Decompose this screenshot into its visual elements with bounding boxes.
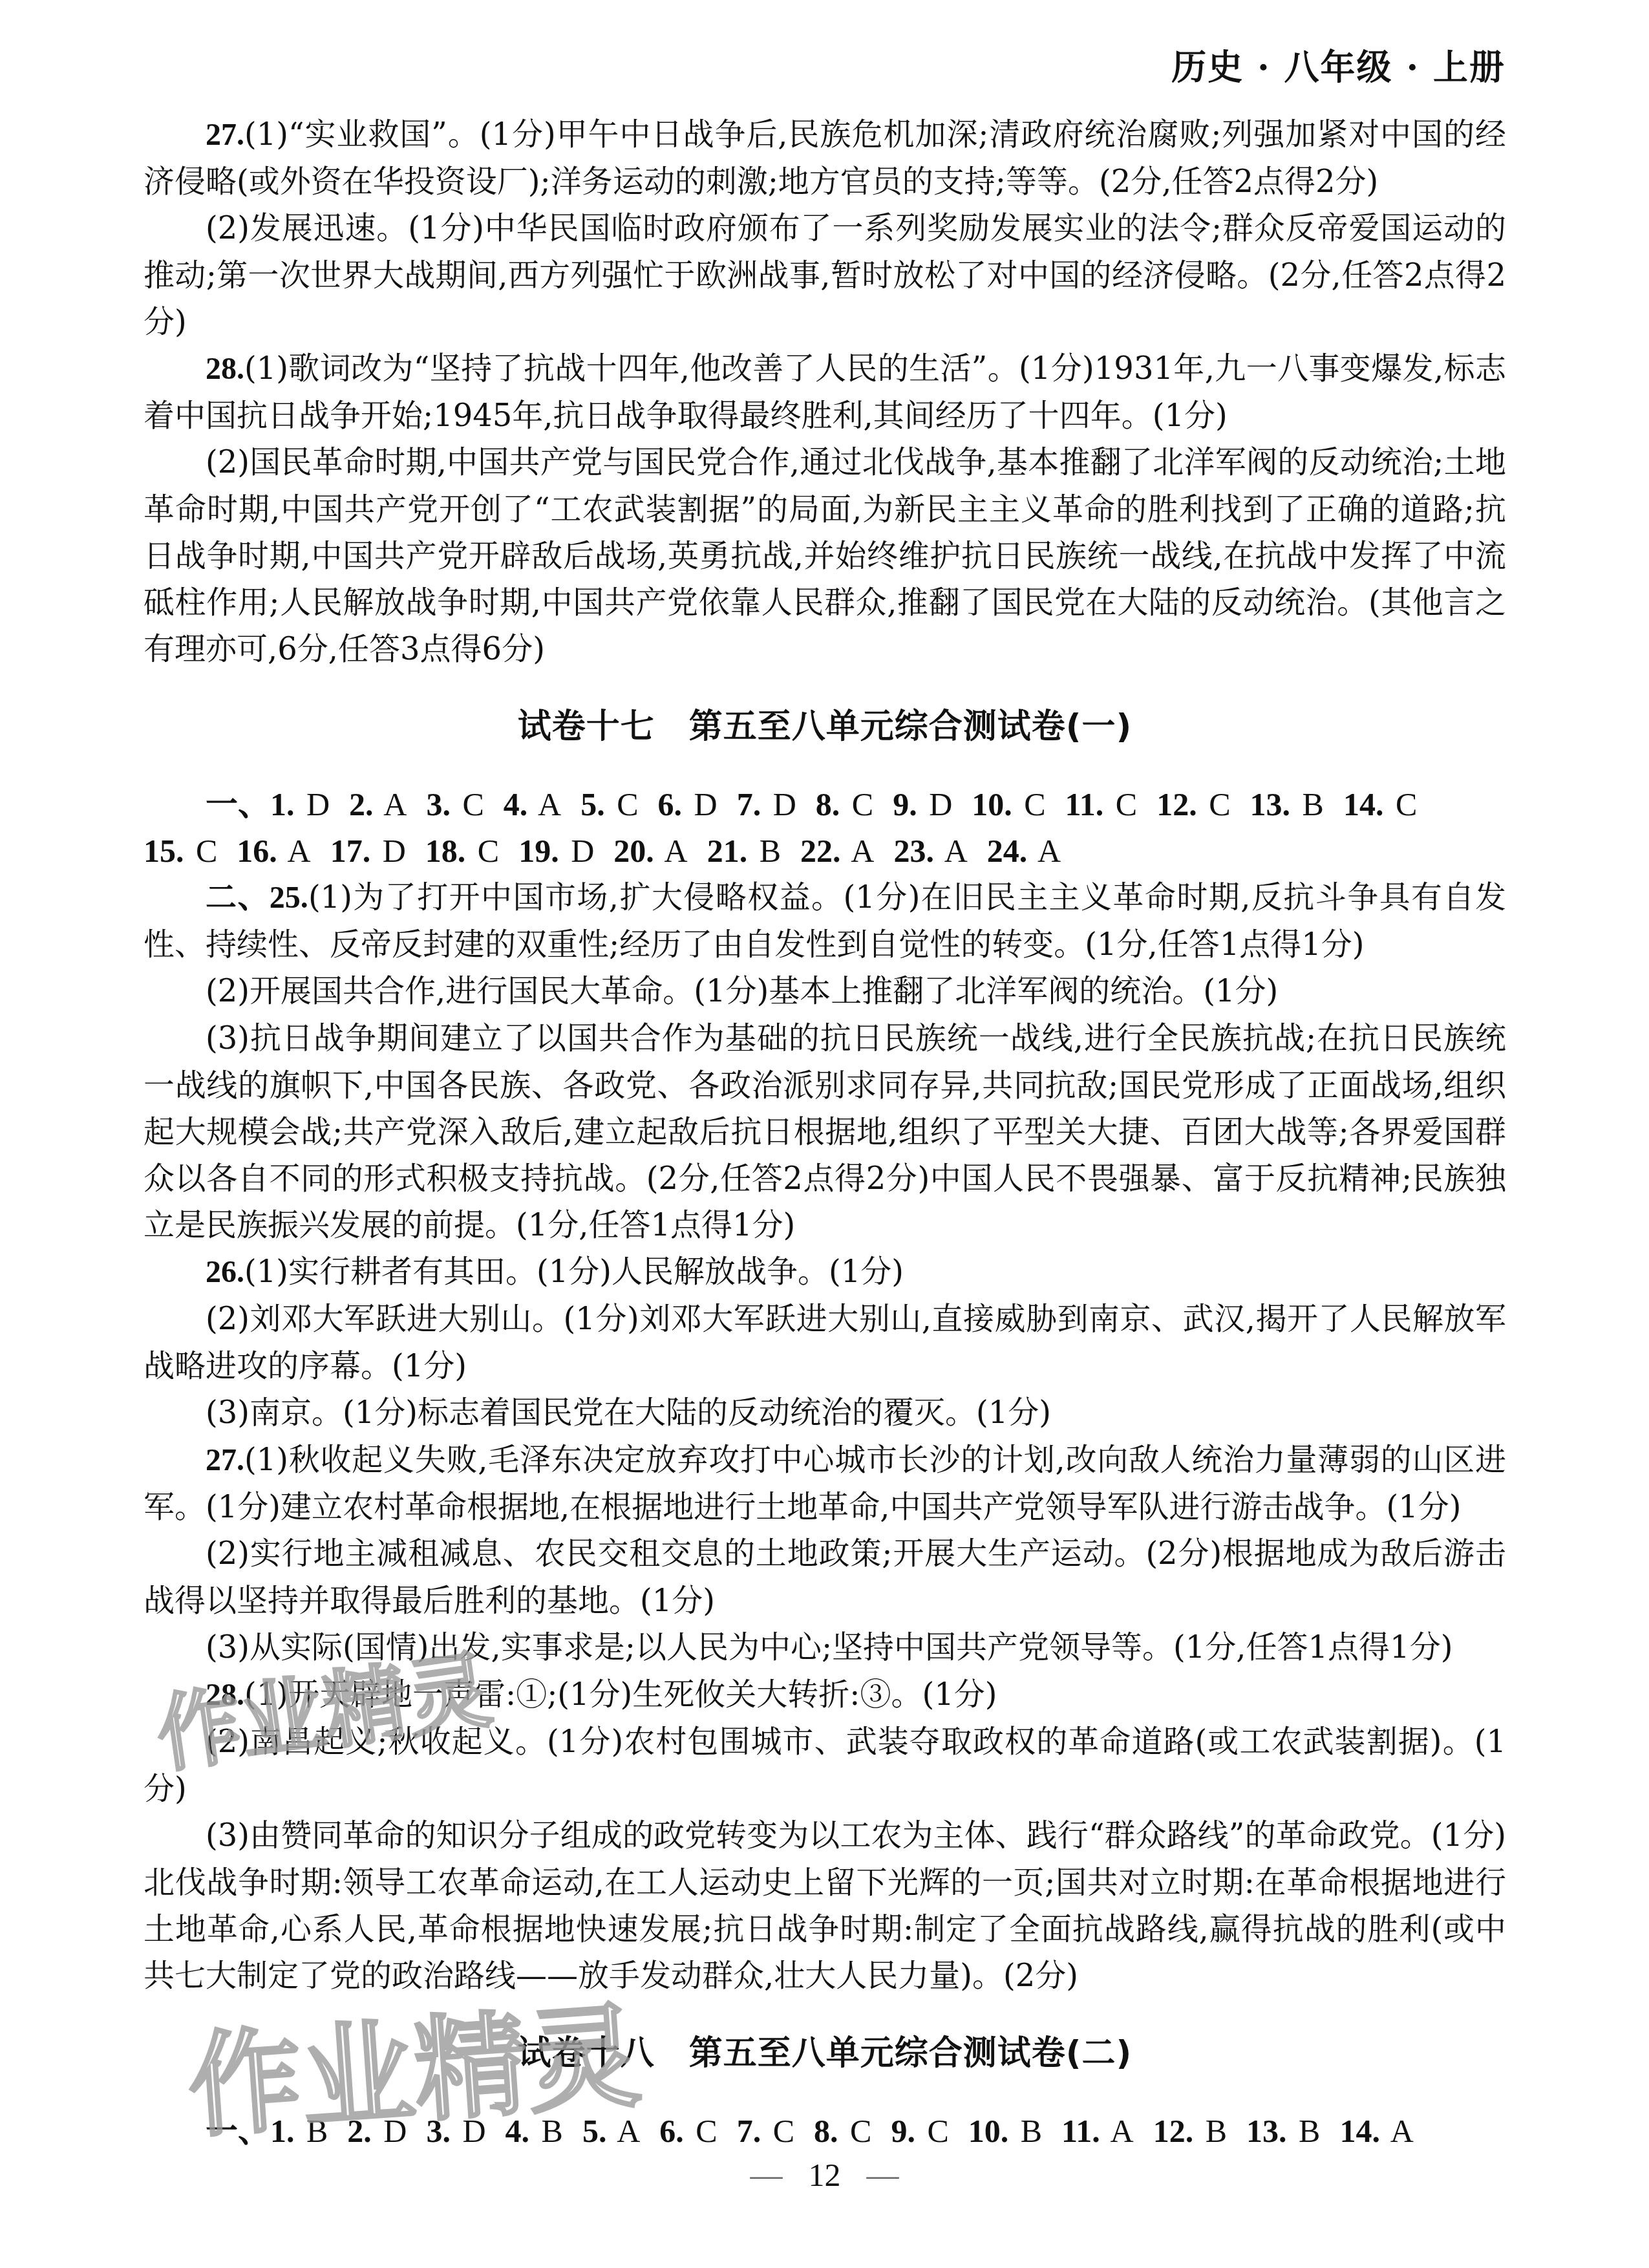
- mc-answer: 9. C: [891, 2113, 948, 2149]
- answer-text: (2)开展国共合作,进行国民大革命。(1分)基本上推翻了北洋军阀的统治。(1分): [206, 973, 1278, 1009]
- mc-answer: 20. A: [613, 833, 687, 869]
- mc-answer: 23. A: [893, 833, 967, 869]
- answer-paragraph: (2)实行地主减租减息、农民交租交息的土地政策;开展大生产运动。(2分)根据地成…: [144, 1530, 1506, 1624]
- mc-question-number: 11.: [1065, 786, 1104, 822]
- mc-choice: D: [383, 833, 406, 869]
- mc-choice: B: [542, 2113, 563, 2149]
- mc-answer: 12. C: [1156, 786, 1230, 822]
- mc-question-number: 14.: [1343, 786, 1384, 822]
- answer-paragraph: 二、25.(1)为了打开中国市场,扩大侵略权益。(1分)在旧民主主义革命时期,反…: [144, 874, 1506, 968]
- page-footer: —12—: [0, 2156, 1649, 2194]
- mc-answer: 12. B: [1153, 2113, 1227, 2149]
- mc-choice: D: [929, 786, 952, 822]
- mc-answer: 3. C: [426, 786, 484, 822]
- mc-choice: B: [1303, 786, 1324, 822]
- answer-paragraph: (2)开展国共合作,进行国民大革命。(1分)基本上推翻了北洋军阀的统治。(1分): [144, 968, 1506, 1015]
- answer-text: (3)由赞同革命的知识分子组成的政党转变为以工农为主体、践行“群众路线”的革命政…: [144, 1817, 1506, 1994]
- mc-answer: 19. D: [518, 833, 594, 869]
- page-content: 27.(1)“实业救国”。(1分)甲午中日战争后,民族危机加深;清政府统治腐败;…: [144, 111, 1506, 2154]
- mc-question-number: 13.: [1250, 786, 1291, 822]
- mc-question-number: 18.: [425, 833, 466, 869]
- section-title-test-18: 试卷十八 第五至八单元综合测试卷(二): [144, 2030, 1506, 2077]
- mc-question-number: 9.: [891, 2113, 915, 2149]
- mc-answer: 7. D: [737, 786, 796, 822]
- mc-choice: C: [1396, 786, 1417, 822]
- answer-text: (3)从实际(国情)出发,实事求是;以人民为中心;坚持中国共产党领导等。(1分,…: [206, 1629, 1452, 1665]
- mc-question-number: 1.: [270, 2113, 295, 2149]
- mc-answer: 13. B: [1246, 2113, 1320, 2149]
- answer-text: (1)为了打开中国市场,扩大侵略权益。(1分)在旧民主主义革命时期,反抗斗争具有…: [144, 879, 1506, 963]
- mc-choice: A: [288, 833, 311, 869]
- mc-question-number: 15.: [144, 833, 184, 869]
- mc-choice: A: [617, 2113, 640, 2149]
- part-label: 一、: [206, 786, 270, 823]
- mc-answer: 9. D: [893, 786, 952, 822]
- mc-choice: A: [851, 833, 874, 869]
- mc-answer: 10. B: [968, 2113, 1042, 2149]
- mc-question-number: 24.: [987, 833, 1028, 869]
- mc-answer: 14. A: [1339, 2113, 1413, 2149]
- mc-answer: 10. C: [972, 786, 1045, 822]
- mc-answer: 4. A: [504, 786, 561, 822]
- answer-paragraph: (3)抗日战争期间建立了以国共合作为基础的抗日民族统一战线,进行全民族抗战;在抗…: [144, 1015, 1506, 1248]
- answer-paragraph: (2)刘邓大军跃进大别山。(1分)刘邓大军跃进大别山,直接威胁到南京、武汉,揭开…: [144, 1296, 1506, 1389]
- mc-question-number: 23.: [893, 833, 934, 869]
- mc-question-number: 4.: [504, 786, 528, 822]
- mc-choice: C: [852, 786, 873, 822]
- mc-choice: B: [1206, 2113, 1227, 2149]
- mc-choice: A: [1111, 2113, 1134, 2149]
- answer-text: (1)开天辟地一声雷:①;(1分)生死攸关大转折:③。(1分): [244, 1676, 997, 1713]
- answer-paragraph: (2)国民革命时期,中国共产党与国民党合作,通过北伐战争,基本推翻了北洋军阀的反…: [144, 439, 1506, 672]
- mc-question-number: 20.: [613, 833, 654, 869]
- mc-answer: 4. B: [505, 2113, 563, 2149]
- mc-choice: C: [1116, 786, 1137, 822]
- mc-choice: D: [383, 2113, 407, 2149]
- mc-choice: C: [696, 2113, 717, 2149]
- mc-question-number: 21.: [707, 833, 748, 869]
- mc-choice: C: [1209, 786, 1230, 822]
- mc-answer: 1. B: [270, 2113, 328, 2149]
- mc-choice: D: [306, 786, 330, 822]
- mc-choice: A: [1390, 2113, 1414, 2149]
- answer-text: (2)实行地主减租减息、农民交租交息的土地政策;开展大生产运动。(2分)根据地成…: [144, 1535, 1506, 1619]
- mc-answer: 13. B: [1250, 786, 1324, 822]
- mc-choice: B: [1299, 2113, 1320, 2149]
- answer-paragraph: 26.(1)实行耕者有其田。(1分)人民解放战争。(1分): [144, 1248, 1506, 1296]
- mc-answer: 17. D: [330, 833, 406, 869]
- mc-question-number: 3.: [426, 786, 451, 822]
- answer-text: (1)秋收起义失败,毛泽东决定放弃攻打中心城市长沙的计划,改向敌人统治力量薄弱的…: [144, 1442, 1506, 1525]
- mc-question-number: 12.: [1153, 2113, 1194, 2149]
- mc-answer: 24. A: [987, 833, 1061, 869]
- mc-question-number: 17.: [330, 833, 371, 869]
- mc-answer: 22. A: [800, 833, 874, 869]
- mc-answer: 5. C: [580, 786, 638, 822]
- question-number: 26.: [206, 1255, 244, 1289]
- mc-question-number: 8.: [814, 2113, 838, 2149]
- mc-question-number: 8.: [816, 786, 840, 822]
- multiple-choice-answers-row-2: 15. C16. A17. D18. C19. D20. A21. B22. A…: [144, 828, 1506, 874]
- answer-text: (2)国民革命时期,中国共产党与国民党合作,通过北伐战争,基本推翻了北洋军阀的反…: [144, 444, 1506, 667]
- mc-question-number: 5.: [580, 786, 605, 822]
- footer-dash: —: [750, 2157, 783, 2193]
- answer-paragraph: (3)由赞同革命的知识分子组成的政党转变为以工农为主体、践行“群众路线”的革命政…: [144, 1812, 1506, 1999]
- mc-question-number: 13.: [1246, 2113, 1287, 2149]
- mc-choice: D: [571, 833, 594, 869]
- mc-choice: A: [383, 786, 407, 822]
- mc-choice: B: [1021, 2113, 1042, 2149]
- mc-question-number: 6.: [658, 786, 683, 822]
- answer-text: (2)南昌起义;秋收起义。(1分)农村包围城市、武装夺取政权的革命道路(或工农武…: [144, 1724, 1506, 1807]
- mc-choice: B: [306, 2113, 328, 2149]
- mc-question-number: 14.: [1339, 2113, 1380, 2149]
- mc-choice: A: [538, 786, 561, 822]
- mc-question-number: 7.: [737, 2113, 761, 2149]
- answer-paragraph: (2)南昌起义;秋收起义。(1分)农村包围城市、武装夺取政权的革命道路(或工农武…: [144, 1718, 1506, 1812]
- mc-question-number: 9.: [893, 786, 917, 822]
- mc-choice: A: [944, 833, 968, 869]
- mc-answer: 21. B: [707, 833, 781, 869]
- answer-text: (2)刘邓大军跃进大别山。(1分)刘邓大军跃进大别山,直接威胁到南京、武汉,揭开…: [144, 1301, 1506, 1384]
- answer-paragraph: (2)发展迅速。(1分)中华民国临时政府颁布了一系列奖励发展实业的法令;群众反帝…: [144, 205, 1506, 345]
- mc-answer: 11. A: [1061, 2113, 1134, 2149]
- mc-choice: D: [462, 2113, 485, 2149]
- section-17-answers: 二、25.(1)为了打开中国市场,扩大侵略权益。(1分)在旧民主主义革命时期,反…: [144, 874, 1506, 1999]
- mc-choice: C: [1024, 786, 1045, 822]
- mc-choice: C: [196, 833, 217, 869]
- answer-paragraph: 28.(1)歌词改为“坚持了抗战十四年,他改善了人民的生活”。(1分)1931年…: [144, 345, 1506, 439]
- mc-choice: C: [462, 786, 484, 822]
- mc-question-number: 19.: [518, 833, 559, 869]
- mc-answer: 15. C: [144, 833, 217, 869]
- answer-paragraph: 27.(1)“实业救国”。(1分)甲午中日战争后,民族危机加深;清政府统治腐败;…: [144, 111, 1506, 205]
- answer-paragraph: (3)南京。(1分)标志着国民党在大陆的反动统治的覆灭。(1分): [144, 1389, 1506, 1437]
- mc-answer: 8. C: [816, 786, 873, 822]
- question-number: 二、25.: [206, 881, 308, 915]
- multiple-choice-answers-row-1: 一、1. D2. A3. C4. A5. C6. D7. D8. C9. D10…: [144, 781, 1506, 828]
- mc-answer: 8. C: [814, 2113, 871, 2149]
- answer-text: (3)南京。(1分)标志着国民党在大陆的反动统治的覆灭。(1分): [206, 1395, 1051, 1431]
- mc-question-number: 7.: [737, 786, 761, 822]
- mc-question-number: 2.: [347, 2113, 372, 2149]
- mc-question-number: 12.: [1156, 786, 1197, 822]
- mc-choice: B: [760, 833, 781, 869]
- mc-question-number: 3.: [426, 2113, 451, 2149]
- mc-answer: 1. D: [270, 786, 330, 822]
- mc-choice: C: [927, 2113, 948, 2149]
- answer-text: (1)歌词改为“坚持了抗战十四年,他改善了人民的生活”。(1分)1931年,九一…: [144, 350, 1506, 434]
- mc-answer: 7. C: [737, 2113, 794, 2149]
- mc-question-number: 5.: [582, 2113, 607, 2149]
- answer-text: (3)抗日战争期间建立了以国共合作为基础的抗日民族统一战线,进行全民族抗战;在抗…: [144, 1020, 1506, 1243]
- mc-question-number: 4.: [505, 2113, 530, 2149]
- page-number: 12: [809, 2157, 841, 2193]
- mc-question-number: 2.: [349, 786, 374, 822]
- mc-answer: 6. D: [658, 786, 718, 822]
- answer-paragraph: 27.(1)秋收起义失败,毛泽东决定放弃攻打中心城市长沙的计划,改向敌人统治力量…: [144, 1437, 1506, 1530]
- mc-choice: C: [478, 833, 499, 869]
- mc-question-number: 1.: [270, 786, 295, 822]
- section-title-test-17: 试卷十七 第五至八单元综合测试卷(一): [144, 703, 1506, 750]
- answer-text: (2)发展迅速。(1分)中华民国临时政府颁布了一系列奖励发展实业的法令;群众反帝…: [144, 210, 1506, 340]
- mc-choice: C: [617, 786, 638, 822]
- mc-question-number: 10.: [972, 786, 1012, 822]
- mc-answer: 5. A: [582, 2113, 640, 2149]
- answer-paragraph: 28.(1)开天辟地一声雷:①;(1分)生死攸关大转折:③。(1分): [144, 1671, 1506, 1718]
- mc-question-number: 11.: [1061, 2113, 1100, 2149]
- mc-answer: 2. A: [349, 786, 407, 822]
- mc-answer: 2. D: [347, 2113, 407, 2149]
- answer-text: (1)实行耕者有其田。(1分)人民解放战争。(1分): [244, 1254, 904, 1290]
- multiple-choice-answers-row-1: 一、1. B2. D3. D4. B5. A6. C7. C8. C9. C10…: [144, 2108, 1506, 2154]
- mc-question-number: 10.: [968, 2113, 1009, 2149]
- mc-question-number: 6.: [659, 2113, 684, 2149]
- mc-choice: C: [850, 2113, 871, 2149]
- running-header: 历史 · 八年级 · 上册: [1171, 40, 1505, 90]
- mc-choice: D: [694, 786, 718, 822]
- answer-text: (1)“实业救国”。(1分)甲午中日战争后,民族危机加深;清政府统治腐败;列强加…: [144, 116, 1506, 200]
- mc-answer: 6. C: [659, 2113, 717, 2149]
- mc-answer: 3. D: [426, 2113, 485, 2149]
- part-label: 一、: [206, 2112, 270, 2150]
- mc-choice: A: [665, 833, 688, 869]
- question-number: 27.: [206, 118, 244, 152]
- mc-choice: D: [773, 786, 796, 822]
- mc-answer: 18. C: [425, 833, 499, 869]
- mc-answer: 14. C: [1343, 786, 1417, 822]
- mc-question-number: 22.: [800, 833, 841, 869]
- question-number: 28.: [206, 1678, 244, 1712]
- mc-answer: 11. C: [1065, 786, 1138, 822]
- mc-choice: A: [1037, 833, 1061, 869]
- answer-paragraph: (3)从实际(国情)出发,实事求是;以人民为中心;坚持中国共产党领导等。(1分,…: [144, 1624, 1506, 1671]
- question-number: 28.: [206, 352, 244, 386]
- footer-dash: —: [867, 2157, 899, 2193]
- question-number: 27.: [206, 1443, 244, 1477]
- mc-answer: 16. A: [237, 833, 310, 869]
- mc-question-number: 16.: [237, 833, 277, 869]
- mc-choice: C: [773, 2113, 794, 2149]
